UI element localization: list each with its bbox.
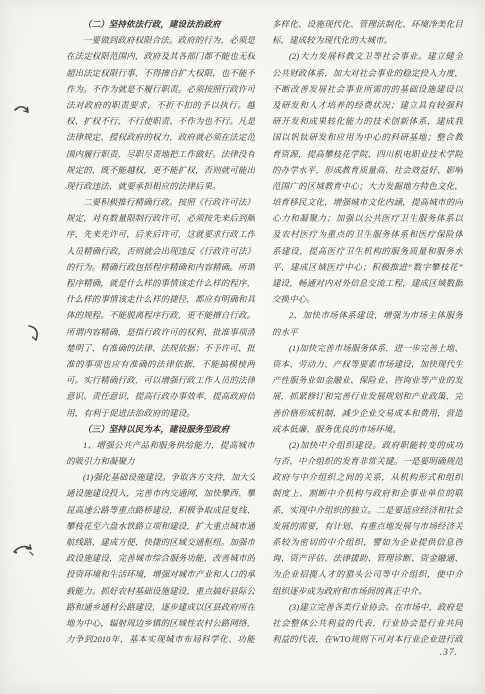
text-line: 政府与中介组织之间的关系，从机构形式和组织 xyxy=(272,469,463,485)
text-line: 超出法定权限行事，不得擅自扩大权限，也不能不 xyxy=(66,65,255,81)
text-line: 及研发和人才培养的经费状况；建立具有较强科 xyxy=(272,97,463,113)
text-line: 培育移民文化，增强城市文化内涵，提高城市的向 xyxy=(272,194,463,210)
text-line: 心力和凝聚力；加强以公共医疗卫生服务体系以 xyxy=(272,210,463,226)
text-line: 昆高速公路等重点路桥建设，积极争取成昆复线、 xyxy=(66,502,255,518)
text-line: 一要做到政府权限合法。政府的行为，必须是 xyxy=(66,32,255,48)
text-line: 准的事项也应有准确的法律依据，不能搞模棱两 xyxy=(66,356,255,372)
text-line: 社会整体公共利益的代表，行业协会是行业共同 xyxy=(272,615,463,631)
text-line: 系建设，提高医疗卫生机构的服务质量和服务水 xyxy=(272,243,463,259)
text-line: (1)加快完善市场服务体系，进一步完善土地、 xyxy=(272,340,463,356)
text-line: 力争到2010年，基本实现城市布局科学化、功能 xyxy=(66,631,255,647)
text-line: 为企业招揽人才的猎头公司等中介组织，使中介 xyxy=(272,566,463,582)
right-column: 多样化、设施现代化、管理法制化、环境净美化目标，建成较为现代化的大城市。(2)大… xyxy=(272,16,463,647)
section-heading-line: （三）坚持以民为本，建设服务型政府 xyxy=(66,421,255,437)
text-line: 规定，对有数量限制行政许可，必须按先来后到顺 xyxy=(66,210,255,226)
text-line: 航线路，建成方便、快捷的区域交通枢纽。加强市 xyxy=(66,534,255,550)
text-line: 的水平 xyxy=(272,324,463,340)
section-heading-line: （二）坚持依法行政，建设法治政府 xyxy=(66,16,255,32)
text-line: 序，先来先许可，后来后许可，这就要求行政工作 xyxy=(66,226,255,242)
text-line: 交换中心。 xyxy=(272,291,463,307)
text-line: 法对政府的职责要求，不折不扣的予以执行。越 xyxy=(66,97,255,113)
text-line: 楚明了，有准确的法律、法规依据；不予许可、批 xyxy=(66,340,255,356)
ink-mark xyxy=(12,101,36,125)
text-line: 国以钒钛研发和应用为中心的科研基地；整合教 xyxy=(272,129,463,145)
text-line: 系，实现中介组织的独立。二是要适应经济和社会 xyxy=(272,502,463,518)
text-line: 攀枝花至六盘水铁路立项和建设，扩大重点城市通 xyxy=(66,518,255,534)
text-line: 在法定权限范围内，政府及其各部门都不能也无权 xyxy=(66,48,255,64)
text-line: 不断改善发展社会事业所需的的基础设施建设以 xyxy=(272,81,463,97)
text-line: 投资环境和生活环境，增强对城市产业和人口的承 xyxy=(66,566,255,582)
text-line: 程序精确，就是什么样的事情该走什么样的程序， xyxy=(66,275,255,291)
text-line: 组织逐步成为政府和市场间的真正中介。 xyxy=(272,583,463,599)
text-line: 2、加快市场体系建设，增强为市场主体服务 xyxy=(272,307,463,323)
document-page: （二）坚持依法行政，建设法治政府一要做到政府权限合法。政府的行为，必须是在法定权… xyxy=(0,0,485,694)
text-line: (2)大力发展科教文卫等社会事业。建立健全 xyxy=(272,48,463,64)
text-line: 平，建成区域医疗中心；积极推进“数字攀枝花” xyxy=(272,259,463,275)
text-line: 规定的，既不能越权，更不能扩权，否则就可能出 xyxy=(66,162,255,178)
text-line: 产性服务业如金融业、保险业、咨询业等产业的发 xyxy=(272,372,463,388)
text-line: 的行为。精确行政包括程序精确和内容精确。所谓 xyxy=(66,259,255,275)
text-line: 权、扩权不行，不行使职责、不作为也不行。凡是 xyxy=(66,113,255,129)
text-line: (1)强化基础设施建设。争取各方支持，加大交 xyxy=(66,469,255,485)
text-line: 制度上，割断中介机构与政府和企事业单位的联 xyxy=(272,485,463,501)
text-line: 地为中心，辐射周边乡镇的区域性农村公路网络， xyxy=(66,615,255,631)
text-line: 展，抓紧修订和完善行业发展规划和产业政策，完 xyxy=(272,388,463,404)
text-line: 通设施建设投入，完善市内交通网，加快攀西、攀 xyxy=(66,485,255,501)
ink-mark xyxy=(27,323,43,345)
text-line: 成本低廉、服务优良的市场环境。 xyxy=(272,421,463,437)
text-line: 法律规定、授权政府的权力，政府就必须在法定范 xyxy=(66,129,255,145)
text-line: 的吸引力和凝聚力 xyxy=(66,453,255,469)
text-line: 围内履行职责，尽职尽责地把工作做好。法律没有 xyxy=(66,146,255,162)
text-line: 现行政违法，就要承担相应的法律后果。 xyxy=(66,178,255,194)
text-line: 路和通乡通村公路建设，逐步建成以区县政府所在 xyxy=(66,599,255,615)
text-line: 所谓内容精确，是指行政许可的权利、批准事项清 xyxy=(66,324,255,340)
text-line: 研开发和成果转化能力的技术创新体系，建成我 xyxy=(272,113,463,129)
text-line: 利益的代表，在WTO规则下可对本行业企业进行政 xyxy=(272,631,463,647)
text-line: 育资源，提高攀枝花学院、四川机电职业技术学院 xyxy=(272,146,463,162)
text-line: 及农村医疗为重点的卫生服务体系和医疗保险体 xyxy=(272,226,463,242)
text-line: 1、增强公共产品和服务供给能力，提高城市 xyxy=(66,437,255,453)
text-line: 范围广的区域教育中心；大力发掘地方特色文化， xyxy=(272,178,463,194)
left-column: （二）坚持依法行政，建设法治政府一要做到政府权限合法。政府的行为，必须是在法定权… xyxy=(66,16,255,647)
text-line: 人员精确行政，否则就会出现违反《行政许可法》 xyxy=(66,243,255,259)
text-line: 用，有利于促进法治政府的建设。 xyxy=(66,405,255,421)
page-number: .37. xyxy=(440,648,458,658)
text-line: 载能力。抓好农村基础设施建设，重点搞好县际公 xyxy=(66,583,255,599)
text-line: 可。实行精确行政，可以增强行政工作人员的法律 xyxy=(66,372,255,388)
text-line: 二要积极推行精确行政。按照《行政许可法》 xyxy=(66,194,255,210)
text-line: 善价格形成机制，减少企业交易成本和费用，营造 xyxy=(272,405,463,421)
text-line: 询、资产评估、法律援助、管理诊断、资金融通、 xyxy=(272,550,463,566)
text-line: 体的规程。不能脱离程序行政，更不能擅自行政。 xyxy=(66,307,255,323)
text-line: 作为。不作为就是不履行职责。必须按照行政许可 xyxy=(66,81,255,97)
text-line: 资本、劳动力、产权等要素市场建设，加快现代生 xyxy=(272,356,463,372)
text-line: 多样化、设施现代化、管理法制化、环境净美化目 xyxy=(272,16,463,32)
text-line: 意识、责任意识，提高行政办事效率，提高政府信 xyxy=(66,388,255,404)
text-line: (3)建立完善各类行业协会。在市场中，政府是 xyxy=(272,599,463,615)
text-line: (2)加快中介组织建设。政府职能转变的成功 xyxy=(272,437,463,453)
text-line: 发展的需要，有计划、有重点地发展与市场经济关 xyxy=(272,518,463,534)
text-line: 建设，畅通对内对外信息交流工程，建成区域数据 xyxy=(272,275,463,291)
ink-mark xyxy=(11,540,37,564)
text-line: 的办学水平，形成教育质量高、社会效益好、影响 xyxy=(272,162,463,178)
text-line: 公共财政体系，加大对社会事业的稳定投入力度， xyxy=(272,65,463,81)
text-line: 标，建成较为现代化的大城市。 xyxy=(272,32,463,48)
text-line: 什么样的事情该走什么样的捷径，都应有明确和具 xyxy=(66,291,255,307)
text-line: 与否，中介组织的发育非常关键。一是要明确规范 xyxy=(272,453,463,469)
text-line: 政设施建设，完善城市综合服务功能，改善城市的 xyxy=(66,550,255,566)
text-line: 系较为密切的中介组织，譬如为企业提供信息咨 xyxy=(272,534,463,550)
